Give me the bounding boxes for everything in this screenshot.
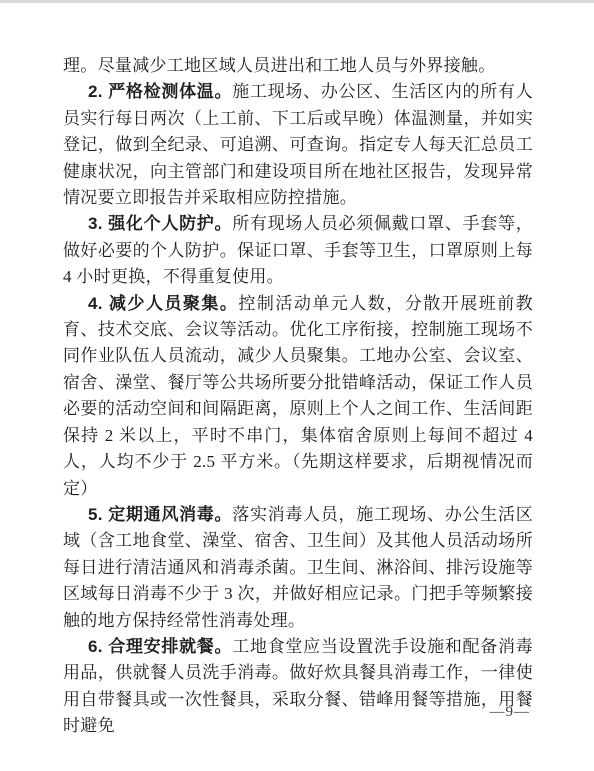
paragraph-item-5: 5. 定期通风消毒。落实消毒人员，施工现场、办公生活区域（含工地食堂、澡堂、宿舍… [63, 502, 533, 634]
paragraph-item-2: 2. 严格检测体温。施工现场、办公区、生活区内的所有人员实行每日两次（上工前、下… [63, 79, 533, 211]
paragraph-continuation: 理。尽量减少工地区域人员进出和工地人员与外界接触。 [63, 53, 533, 79]
paragraph-bold-lead: 6. 合理安排就餐。 [88, 637, 232, 656]
paragraph-item-3: 3. 强化个人防护。所有现场人员必须佩戴口罩、手套等，做好必要的个人防护。保证口… [63, 211, 533, 290]
paragraph-bold-lead: 3. 强化个人防护。 [88, 214, 232, 233]
paragraph-body: 控制活动单元人数，分散开展班前教育、技术交底、会议等活动。优化工序衔接，控制施工… [63, 294, 533, 498]
paragraph-bold-lead: 2. 严格检测体温。 [88, 82, 232, 101]
paragraph-body: 理。尽量减少工地区域人员进出和工地人员与外界接触。 [63, 56, 496, 75]
scan-edge-artifact [0, 0, 594, 3]
paragraph-item-6: 6. 合理安排就餐。工地食堂应当设置洗手设施和配备消毒用品，供就餐人员洗手消毒。… [63, 634, 533, 740]
document-body-text: 理。尽量减少工地区域人员进出和工地人员与外界接触。 2. 严格检测体温。施工现场… [63, 53, 533, 740]
paragraph-item-4: 4. 减少人员聚集。控制活动单元人数，分散开展班前教育、技术交底、会议等活动。优… [63, 291, 533, 502]
scanned-document-page: { "page": { "page_number": "—9—", "text_… [0, 0, 594, 771]
page-number: —9— [490, 704, 531, 721]
paragraph-bold-lead: 4. 减少人员聚集。 [88, 294, 238, 313]
paragraph-bold-lead: 5. 定期通风消毒。 [88, 505, 232, 524]
